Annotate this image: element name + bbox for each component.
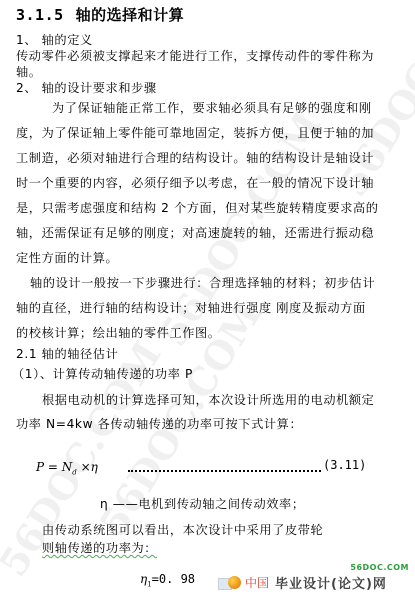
paragraph-line: 轴，还需保证有足够的刚度；对高速旋转的轴，还需进行振动稳 xyxy=(16,225,374,241)
logo-main-text: 毕业设计(论文)网 xyxy=(275,573,387,592)
paragraph-line: 度，为了保证轴上零件能可靠地固定，装拆方便，且便于轴的加 xyxy=(16,125,374,141)
paragraph-line: 轴的设计一般按一下步骤进行：合理选择轴的材料；初步估计 xyxy=(30,275,375,291)
paragraph-line: 的校核计算；绘出轴的零件工作图。 xyxy=(16,325,221,341)
document-page: 56DOC.COM 56DOC.COM 56DOC.COM 56DOC.COM … xyxy=(0,0,415,597)
paragraph-line: 定性方面的计算。 xyxy=(16,250,118,266)
paragraph-line: 由传动系统图可以看出，本次设计中采用了皮带轮 xyxy=(42,522,323,538)
logo-red-text: 中国 xyxy=(245,574,269,591)
paragraph-line: 时一个重要的内容，必须仔细予以考虑，在一般的情况下设计轴 xyxy=(16,175,374,191)
paragraph-line: 根据电动机的计算选择可知，本次设计所选用的电动机额定 xyxy=(42,392,374,408)
paragraph-line: 则轴传递的功率为： xyxy=(42,540,157,556)
definition-eta: η ——电机到传动轴之间传动效率； xyxy=(100,496,305,512)
subheading-requirements: 2、 轴的设计要求和步骤 xyxy=(16,80,157,96)
paragraph-line: 功率 N=4kw 各传动轴传递的功率可按下式计算： xyxy=(16,416,302,432)
globe-icon xyxy=(228,576,241,589)
formula-power: P = Nd ×η xyxy=(36,460,98,476)
section-heading: 3.1.5轴的选择和计算 xyxy=(16,4,184,26)
paragraph-line: 传动零件必须被支撑起来才能进行工作，支撑传动件的零件称为 xyxy=(16,48,374,64)
paragraph-line: 为了保证轴能正常工作，要求轴必须具有足够的强度和刚 xyxy=(52,100,372,116)
subheading-shaft-diameter: 2.1 轴的轴径估计 xyxy=(16,346,118,362)
paragraph-line: 轴的直径，进行轴的结构设计；对轴进行强度 刚度及振动方面 xyxy=(16,300,366,316)
paragraph-line: 轴。 xyxy=(16,64,42,80)
paragraph-line: 是，只需考虑强度和结构 2 个方面，但对某些旋转精度要求高的 xyxy=(16,200,379,216)
section-title: 轴的选择和计算 xyxy=(76,6,185,24)
site-logo: 56DOC.COM 中国 毕业设计(论文)网 xyxy=(218,563,413,593)
subheading-power: （1）、计算传动轴传递的功率 P xyxy=(12,366,193,382)
formula-leader-dots xyxy=(128,460,321,472)
equation-number: (3.11) xyxy=(323,458,366,472)
subheading-definition: 1、 轴的定义 xyxy=(16,32,93,48)
eta-value: η1=0. 98 xyxy=(140,572,195,588)
section-number: 3.1.5 xyxy=(16,6,64,24)
paragraph-line: 工制造，必须对轴进行合理的结构设计。轴的结构设计是轴设计 xyxy=(16,150,374,166)
logo-domain: 56DOC.COM xyxy=(350,563,409,572)
